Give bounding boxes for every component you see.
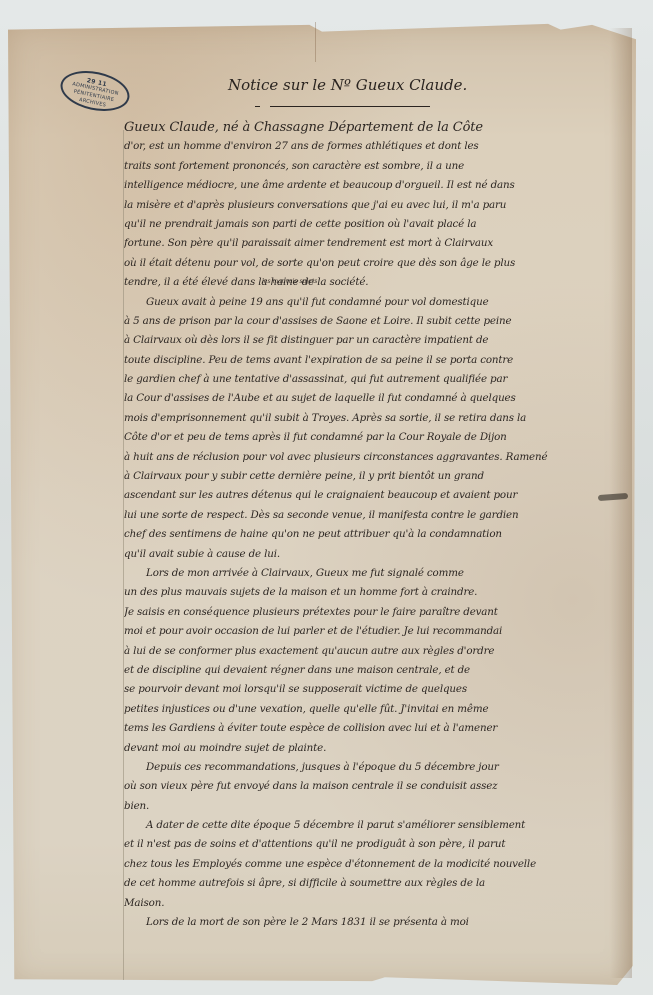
manuscript-line: bien. — [124, 797, 626, 816]
manuscript-line: où il était détenu pour vol, de sorte qu… — [124, 254, 626, 273]
manuscript-line: et de discipline qui devaient régner dan… — [124, 661, 626, 680]
manuscript-line: chez tous les Employés comme une espèce … — [124, 855, 626, 874]
document-title: Notice sur le Nº Gueux Claude. — [228, 76, 467, 94]
manuscript-line: où son vieux père fut envoyé dans la mai… — [124, 777, 626, 796]
manuscript-line: Côte d'or et peu de tems après il fut co… — [124, 428, 626, 447]
manuscript-line: mois d'emprisonnement qu'il subit à Troy… — [124, 409, 626, 428]
manuscript-line: Gueux Claude, né à Chassagne Département… — [124, 118, 626, 137]
manuscript-line: à 5 ans de prison par la cour d'assises … — [124, 312, 626, 331]
manuscript-line: à Clairvaux où dès lors il se fit distin… — [124, 331, 626, 350]
title-dash — [255, 106, 260, 107]
manuscript-line: Je saisis en conséquence plusieurs préte… — [124, 603, 626, 622]
manuscript-line: moi et pour avoir occasion de lui parler… — [124, 622, 626, 641]
manuscript-line: la Cour d'assises de l'Aube et au sujet … — [124, 389, 626, 408]
manuscript-line: le gardien chef à une tentative d'assass… — [124, 370, 626, 389]
manuscript-line: la misère et d'après plusieurs conversat… — [124, 196, 626, 215]
paper-fold — [315, 22, 316, 62]
manuscript-line: qu'il avait subie à cause de lui. — [124, 545, 626, 564]
manuscript-line: à huit ans de réclusion pour vol avec pl… — [124, 448, 626, 467]
manuscript-line: d'or, est un homme d'environ 27 ans de f… — [124, 137, 626, 156]
manuscript-line: petites injustices ou d'une vexation, qu… — [124, 700, 626, 719]
manuscript-line: Depuis ces recommandations, jusques à l'… — [124, 758, 626, 777]
manuscript-line: et il n'est pas de soins et d'attentions… — [124, 835, 626, 854]
manuscript-line: lui une sorte de respect. Dès sa seconde… — [124, 506, 626, 525]
manuscript-line: intelligence médiocre, une âme ardente e… — [124, 176, 626, 195]
manuscript-line: devant moi au moindre sujet de plainte. — [124, 739, 626, 758]
manuscript-line: tems les Gardiens à éviter toute espèce … — [124, 719, 626, 738]
manuscript-line: traits sont fortement prononcés, son car… — [124, 157, 626, 176]
manuscript-line: à lui de se conformer plus exactement qu… — [124, 642, 626, 661]
title-underline — [270, 106, 430, 107]
manuscript-line: qu'il ne prendrait jamais son parti de c… — [124, 215, 626, 234]
manuscript-line: se pourvoir devant moi lorsqu'il se supp… — [124, 680, 626, 699]
manuscript-line: fortune. Son père qu'il paraissait aimer… — [124, 234, 626, 253]
manuscript-line: Gueux avait à peine 19 ans qu'il fut con… — [124, 293, 626, 312]
manuscript-line: Lors de mon arrivée à Clairvaux, Gueux m… — [124, 564, 626, 583]
manuscript-line: toute discipline. Peu de tems avant l'ex… — [124, 351, 626, 370]
manuscript-line: tendre, il a été élevé dans la haine de … — [124, 273, 626, 292]
manuscript-line: un des plus mauvais sujets de la maison … — [124, 583, 626, 602]
manuscript-line: Maison. — [124, 894, 626, 913]
manuscript-line: ascendant sur les autres détenus qui le … — [124, 486, 626, 505]
manuscript-line: de cet homme autrefois si âpre, si diffi… — [124, 874, 626, 893]
manuscript-line: à Clairvaux pour y subir cette dernière … — [124, 467, 626, 486]
manuscript-line: A dater de cette dite époque 5 décembre … — [124, 816, 626, 835]
manuscript-body: Gueux Claude, né à Chassagne Département… — [124, 118, 626, 932]
manuscript-line: chef des sentimens de haine qu'on ne peu… — [124, 525, 626, 544]
manuscript-line: Lors de la mort de son père le 2 Mars 18… — [124, 913, 626, 932]
